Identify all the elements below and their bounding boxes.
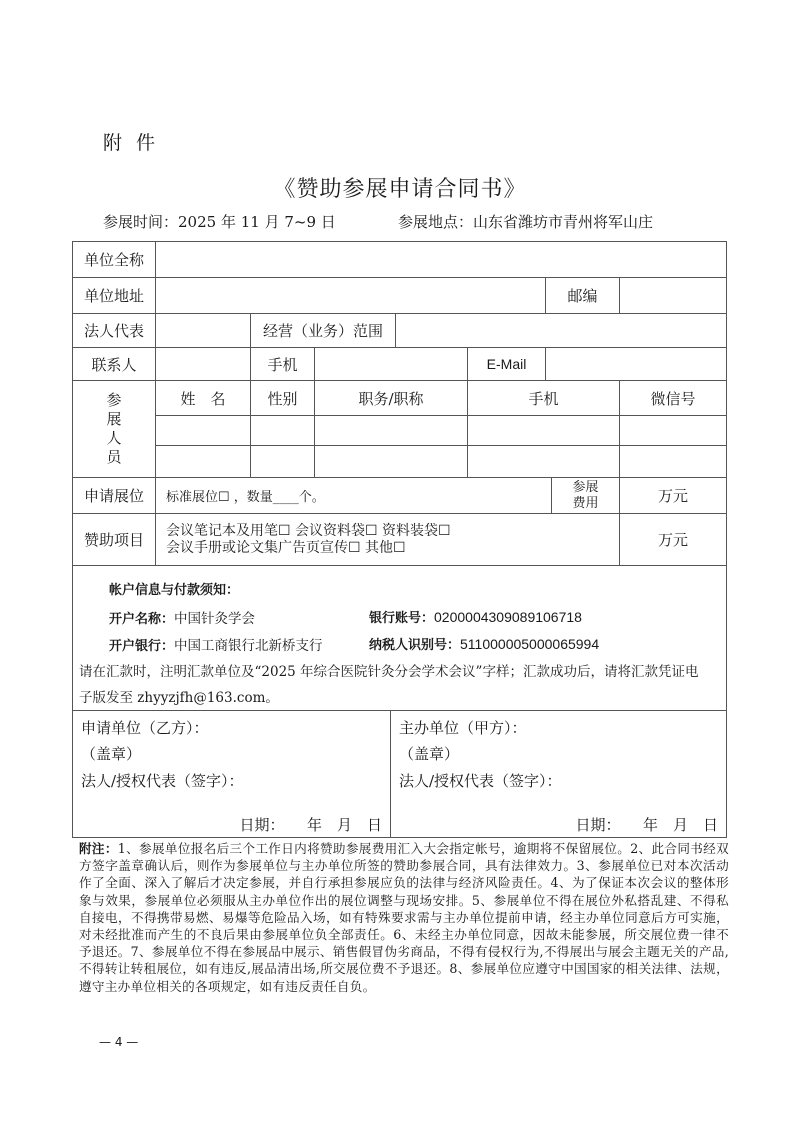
legal-rep-field[interactable] (155, 313, 251, 348)
account-no-row: 银行账号：0200004309089106718 (369, 607, 582, 626)
unit-name-label: 单位全称 (72, 241, 156, 278)
page-number: — 4 — (99, 1035, 138, 1049)
attendee-1-name-field[interactable] (155, 415, 251, 446)
mobile-field[interactable] (314, 347, 468, 381)
attendee-1-title-field[interactable] (314, 415, 468, 446)
document-title: 《赞助参展申请合同书》 (0, 172, 800, 203)
attachment-label: 附 件 (103, 128, 159, 155)
party-b-rep-signature[interactable]: 法人/授权代表（签字）： (81, 770, 244, 791)
business-scope-field[interactable] (395, 313, 727, 348)
attendees-label-char: 人 (106, 429, 121, 448)
attendee-2-title-field[interactable] (314, 445, 468, 478)
notes-label: 附注： (79, 841, 118, 856)
exhibit-place: 参展地点：山东省潍坊市青州将军山庄 (398, 211, 653, 232)
contact-label: 联系人 (72, 347, 156, 381)
booth-label: 申请展位 (72, 477, 156, 514)
party-a-label: 主办单位（甲方）： (399, 717, 527, 738)
mobile-label: 手机 (250, 347, 315, 381)
attendee-1-wechat-field[interactable] (619, 415, 727, 446)
unit-name-field[interactable] (155, 241, 727, 278)
attendee-header-mobile: 手机 (467, 380, 620, 416)
email-label: E-Mail (467, 347, 546, 381)
notes-text: 1、参展单位报名后三个工作日内将赞助参展费用汇入大会指定帐号，逾期将不保留展位。… (79, 841, 729, 994)
sponsor-options-line2[interactable]: 会议手册或论文集广告页宣传☐ 其他☐ (166, 540, 406, 557)
exhibit-time: 参展时间：2025 年 11 月 7~9 日 (103, 211, 336, 232)
attendee-header-gender: 性别 (250, 380, 315, 416)
attendees-label-char: 员 (106, 448, 121, 467)
tax-id-row: 纳税人识别号：511000005000065994 (369, 634, 599, 653)
sponsor-options-line1[interactable]: 会议笔记本及用笔☐ 会议资料袋☐ 资料装袋☐ (166, 523, 451, 540)
business-scope-label: 经营（业务）范围 (250, 313, 396, 348)
attendee-header-wechat: 微信号 (619, 380, 727, 416)
application-form: 单位全称 单位地址 邮编 法人代表 经营（业务）范围 联系人 手机 E-Mail… (72, 241, 727, 838)
tax-id-value: 511000005000065994 (460, 636, 599, 652)
account-no-label: 银行账号： (369, 611, 434, 626)
unit-address-field[interactable] (155, 277, 546, 314)
signature-party-b: 申请单位（乙方）： （盖章） 法人/授权代表（签字）： 日期： 年 月 日 (72, 710, 391, 838)
sponsor-fee-field[interactable]: 万元 (619, 513, 727, 566)
sponsor-options[interactable]: 会议笔记本及用笔☐ 会议资料袋☐ 资料装袋☐ 会议手册或论文集广告页宣传☐ 其他… (155, 513, 620, 566)
attendee-2-wechat-field[interactable] (619, 445, 727, 478)
attendee-2-name-field[interactable] (155, 445, 251, 478)
notes-section: 附注：1、参展单位报名后三个工作日内将赞助参展费用汇入大会指定帐号，逾期将不保留… (79, 840, 729, 995)
account-info-section: 帐户信息与付款须知： 开户名称：中国针灸学会 银行账号：020000430908… (72, 565, 727, 711)
attendee-1-gender-field[interactable] (250, 415, 315, 446)
tax-id-label: 纳税人识别号： (369, 638, 460, 653)
signature-party-a: 主办单位（甲方）： （盖章） 法人/授权代表（签字）： 日期： 年 月 日 (390, 710, 727, 838)
attendee-1-mobile-field[interactable] (467, 415, 620, 446)
account-no-value: 0200004309089106718 (434, 609, 582, 625)
postcode-label: 邮编 (545, 277, 620, 314)
account-name-row: 开户名称：中国针灸学会 (109, 607, 255, 627)
party-a-date[interactable]: 日期： 年 月 日 (575, 814, 718, 835)
attendee-2-gender-field[interactable] (250, 445, 315, 478)
account-name-value: 中国针灸学会 (174, 611, 255, 627)
account-heading: 帐户信息与付款须知： (109, 579, 239, 598)
attendees-label: 参 展 人 员 (72, 380, 156, 478)
attendees-label-char: 参 (106, 391, 121, 410)
contact-field[interactable] (155, 347, 251, 381)
booth-fee-field[interactable]: 万元 (619, 477, 727, 514)
postcode-field[interactable] (619, 277, 727, 314)
legal-rep-label: 法人代表 (72, 313, 156, 348)
booth-fee-label: 参展费用 (551, 477, 620, 514)
party-a-rep-signature[interactable]: 法人/授权代表（签字）： (399, 770, 562, 791)
attendee-2-mobile-field[interactable] (467, 445, 620, 478)
account-name-label: 开户名称： (109, 612, 174, 627)
party-a-seal: （盖章） (399, 743, 459, 764)
party-b-seal: （盖章） (81, 743, 141, 764)
unit-address-label: 单位地址 (72, 277, 156, 314)
payment-notice-line2: 子版发至 zhyyzjfh@163.com。 (79, 686, 279, 706)
bank-value: 中国工商银行北新桥支行 (174, 638, 323, 654)
booth-option[interactable]: 标准展位☐ ，数量____个。 (155, 477, 552, 514)
attendee-header-name: 姓 名 (155, 380, 251, 416)
bank-label: 开户银行： (109, 639, 174, 654)
attendees-label-char: 展 (106, 410, 121, 429)
email-field[interactable] (545, 347, 727, 381)
party-b-label: 申请单位（乙方）： (81, 717, 209, 738)
sponsor-label: 赞助项目 (72, 513, 156, 566)
payment-notice-line1: 请在汇款时，注明汇款单位及“2025 年综合医院针灸分会学术会议”字样；汇款成功… (79, 660, 698, 680)
bank-row: 开户银行：中国工商银行北新桥支行 (109, 634, 323, 654)
attendee-header-title: 职务/职称 (314, 380, 468, 416)
party-b-date[interactable]: 日期： 年 月 日 (239, 814, 382, 835)
